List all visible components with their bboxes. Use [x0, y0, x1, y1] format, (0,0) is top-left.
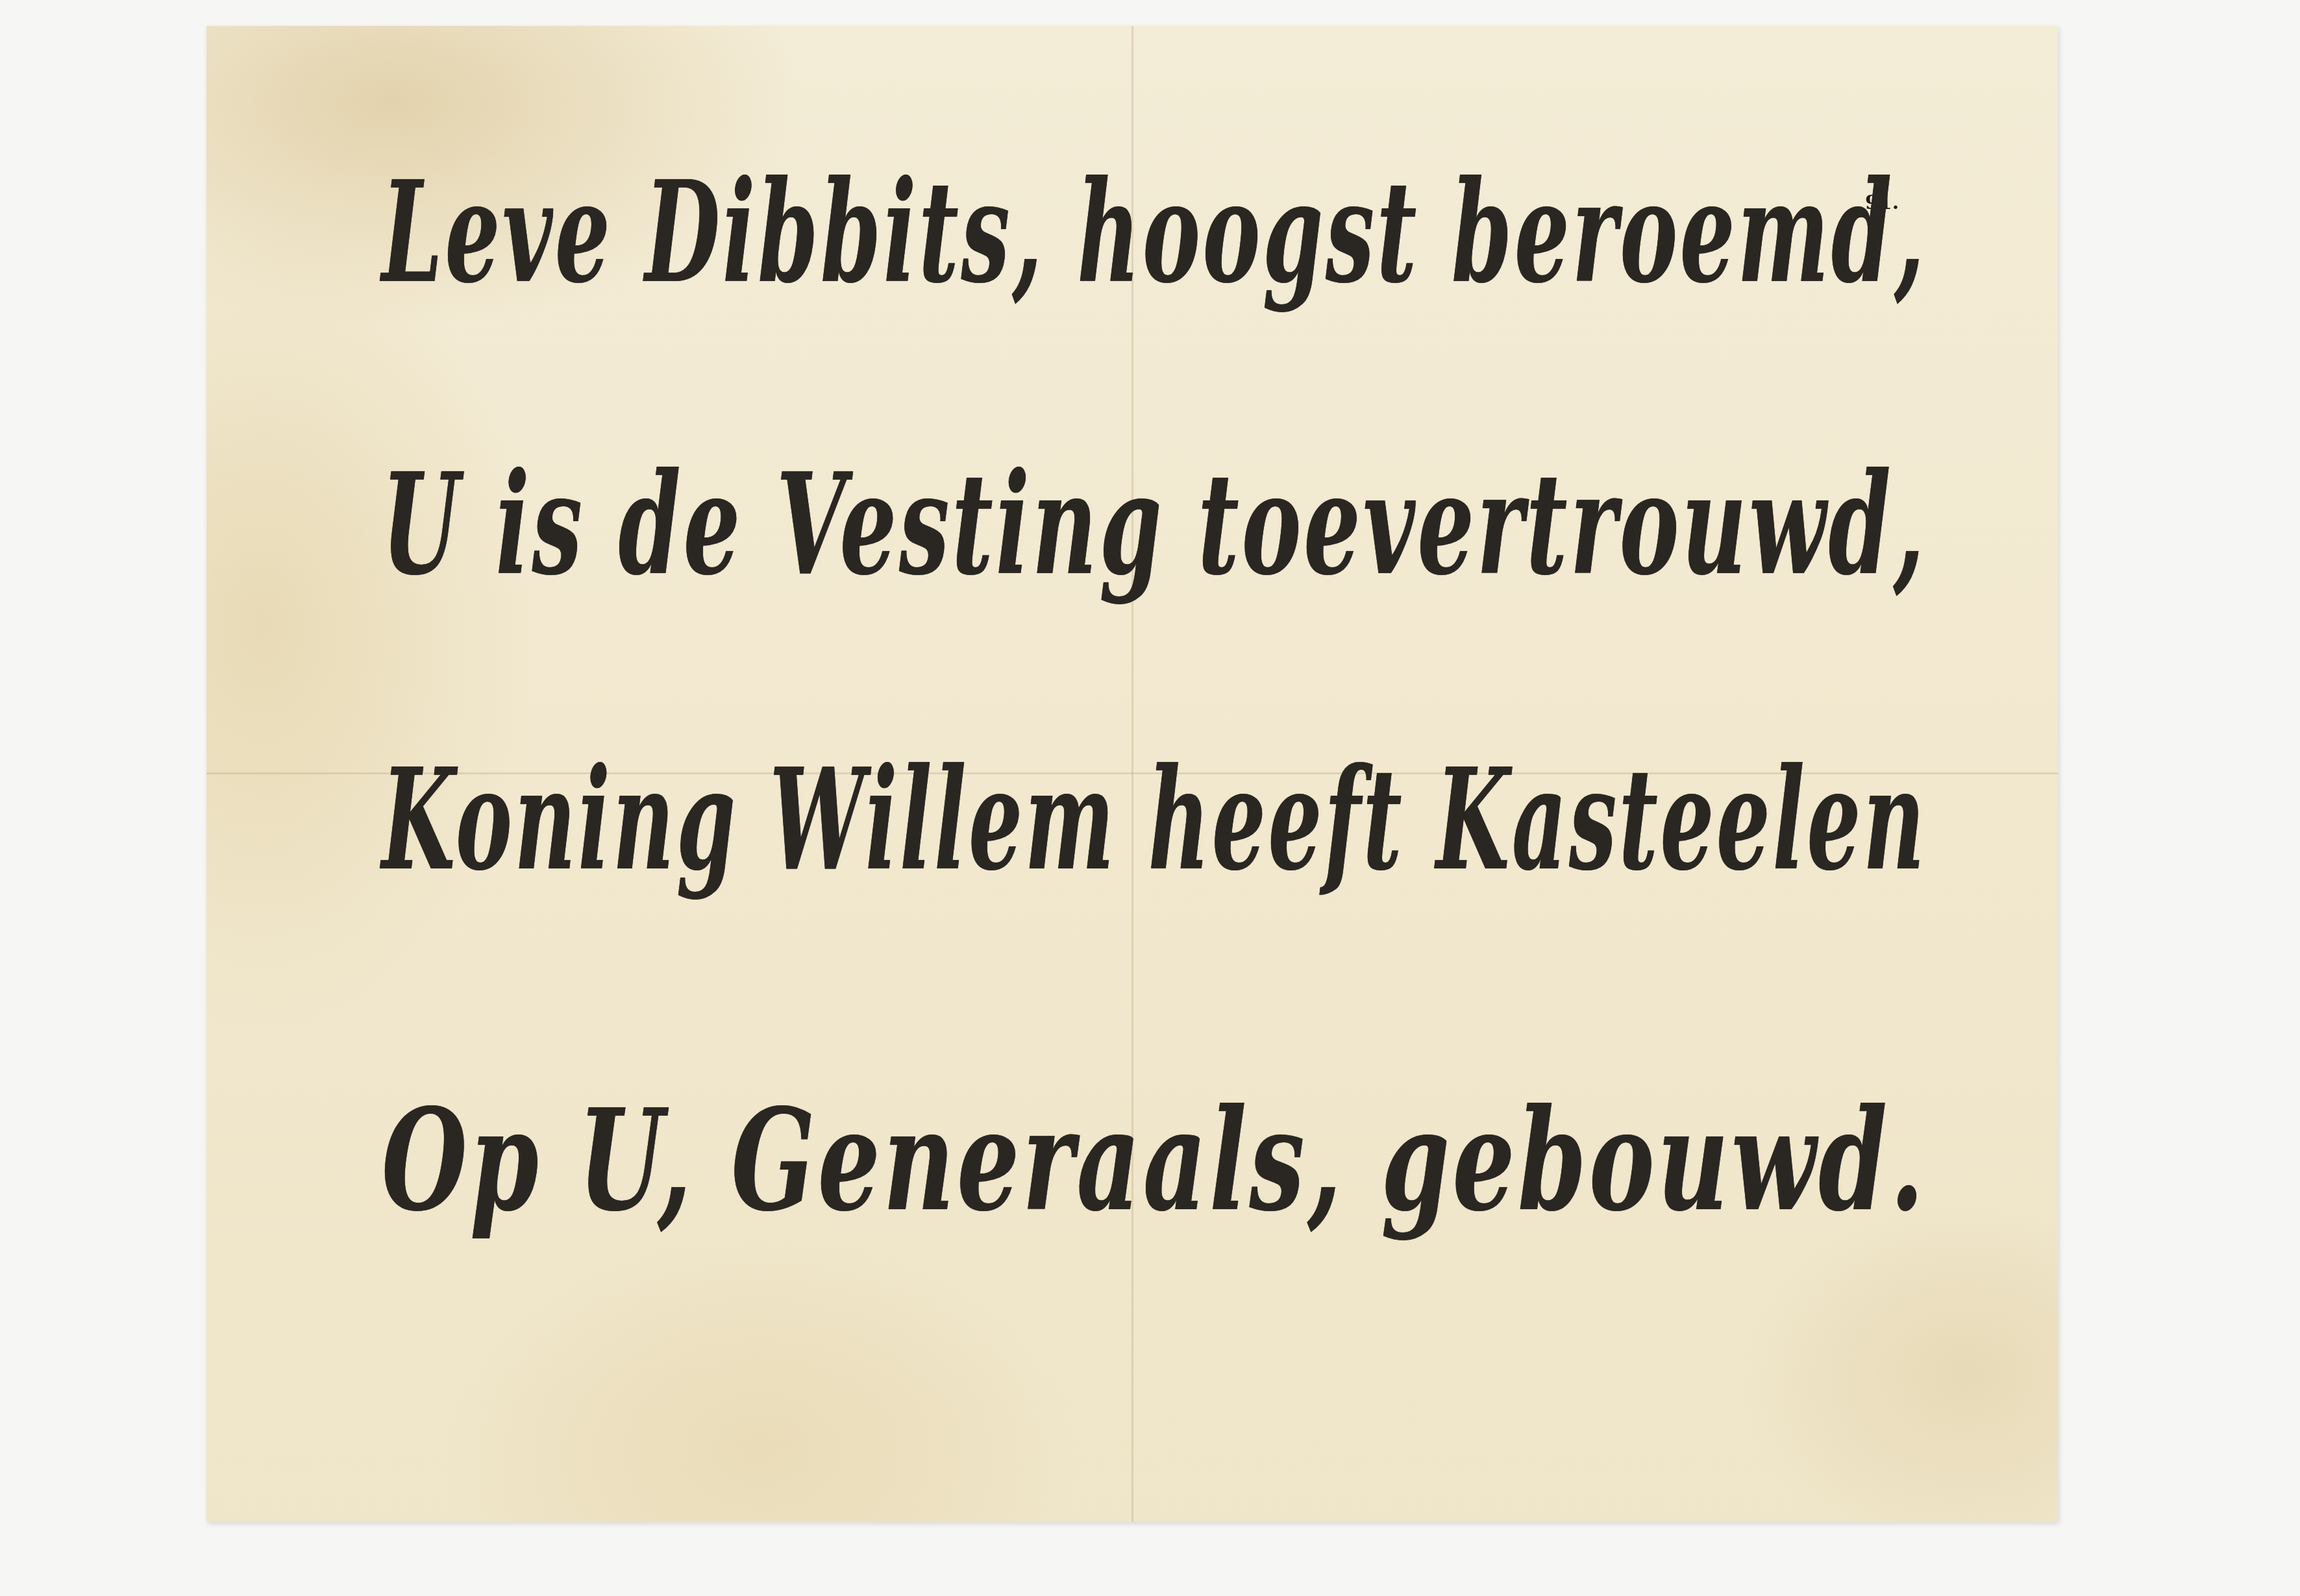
verse-line-1: Leve Dibbits, hoogst beroemd, [382, 162, 1927, 302]
verse-line-4: Op U, Generaals, gebouwd. [382, 1090, 1927, 1230]
broadsheet-paper: 91. Leve Dibbits, hoogst beroemd, U is d… [206, 26, 2058, 1522]
verse-line-3: Koning Willem heeft Kasteelen [382, 750, 1927, 889]
verse-line-2: U is de Vesting toevertrouwd, [382, 454, 1927, 594]
